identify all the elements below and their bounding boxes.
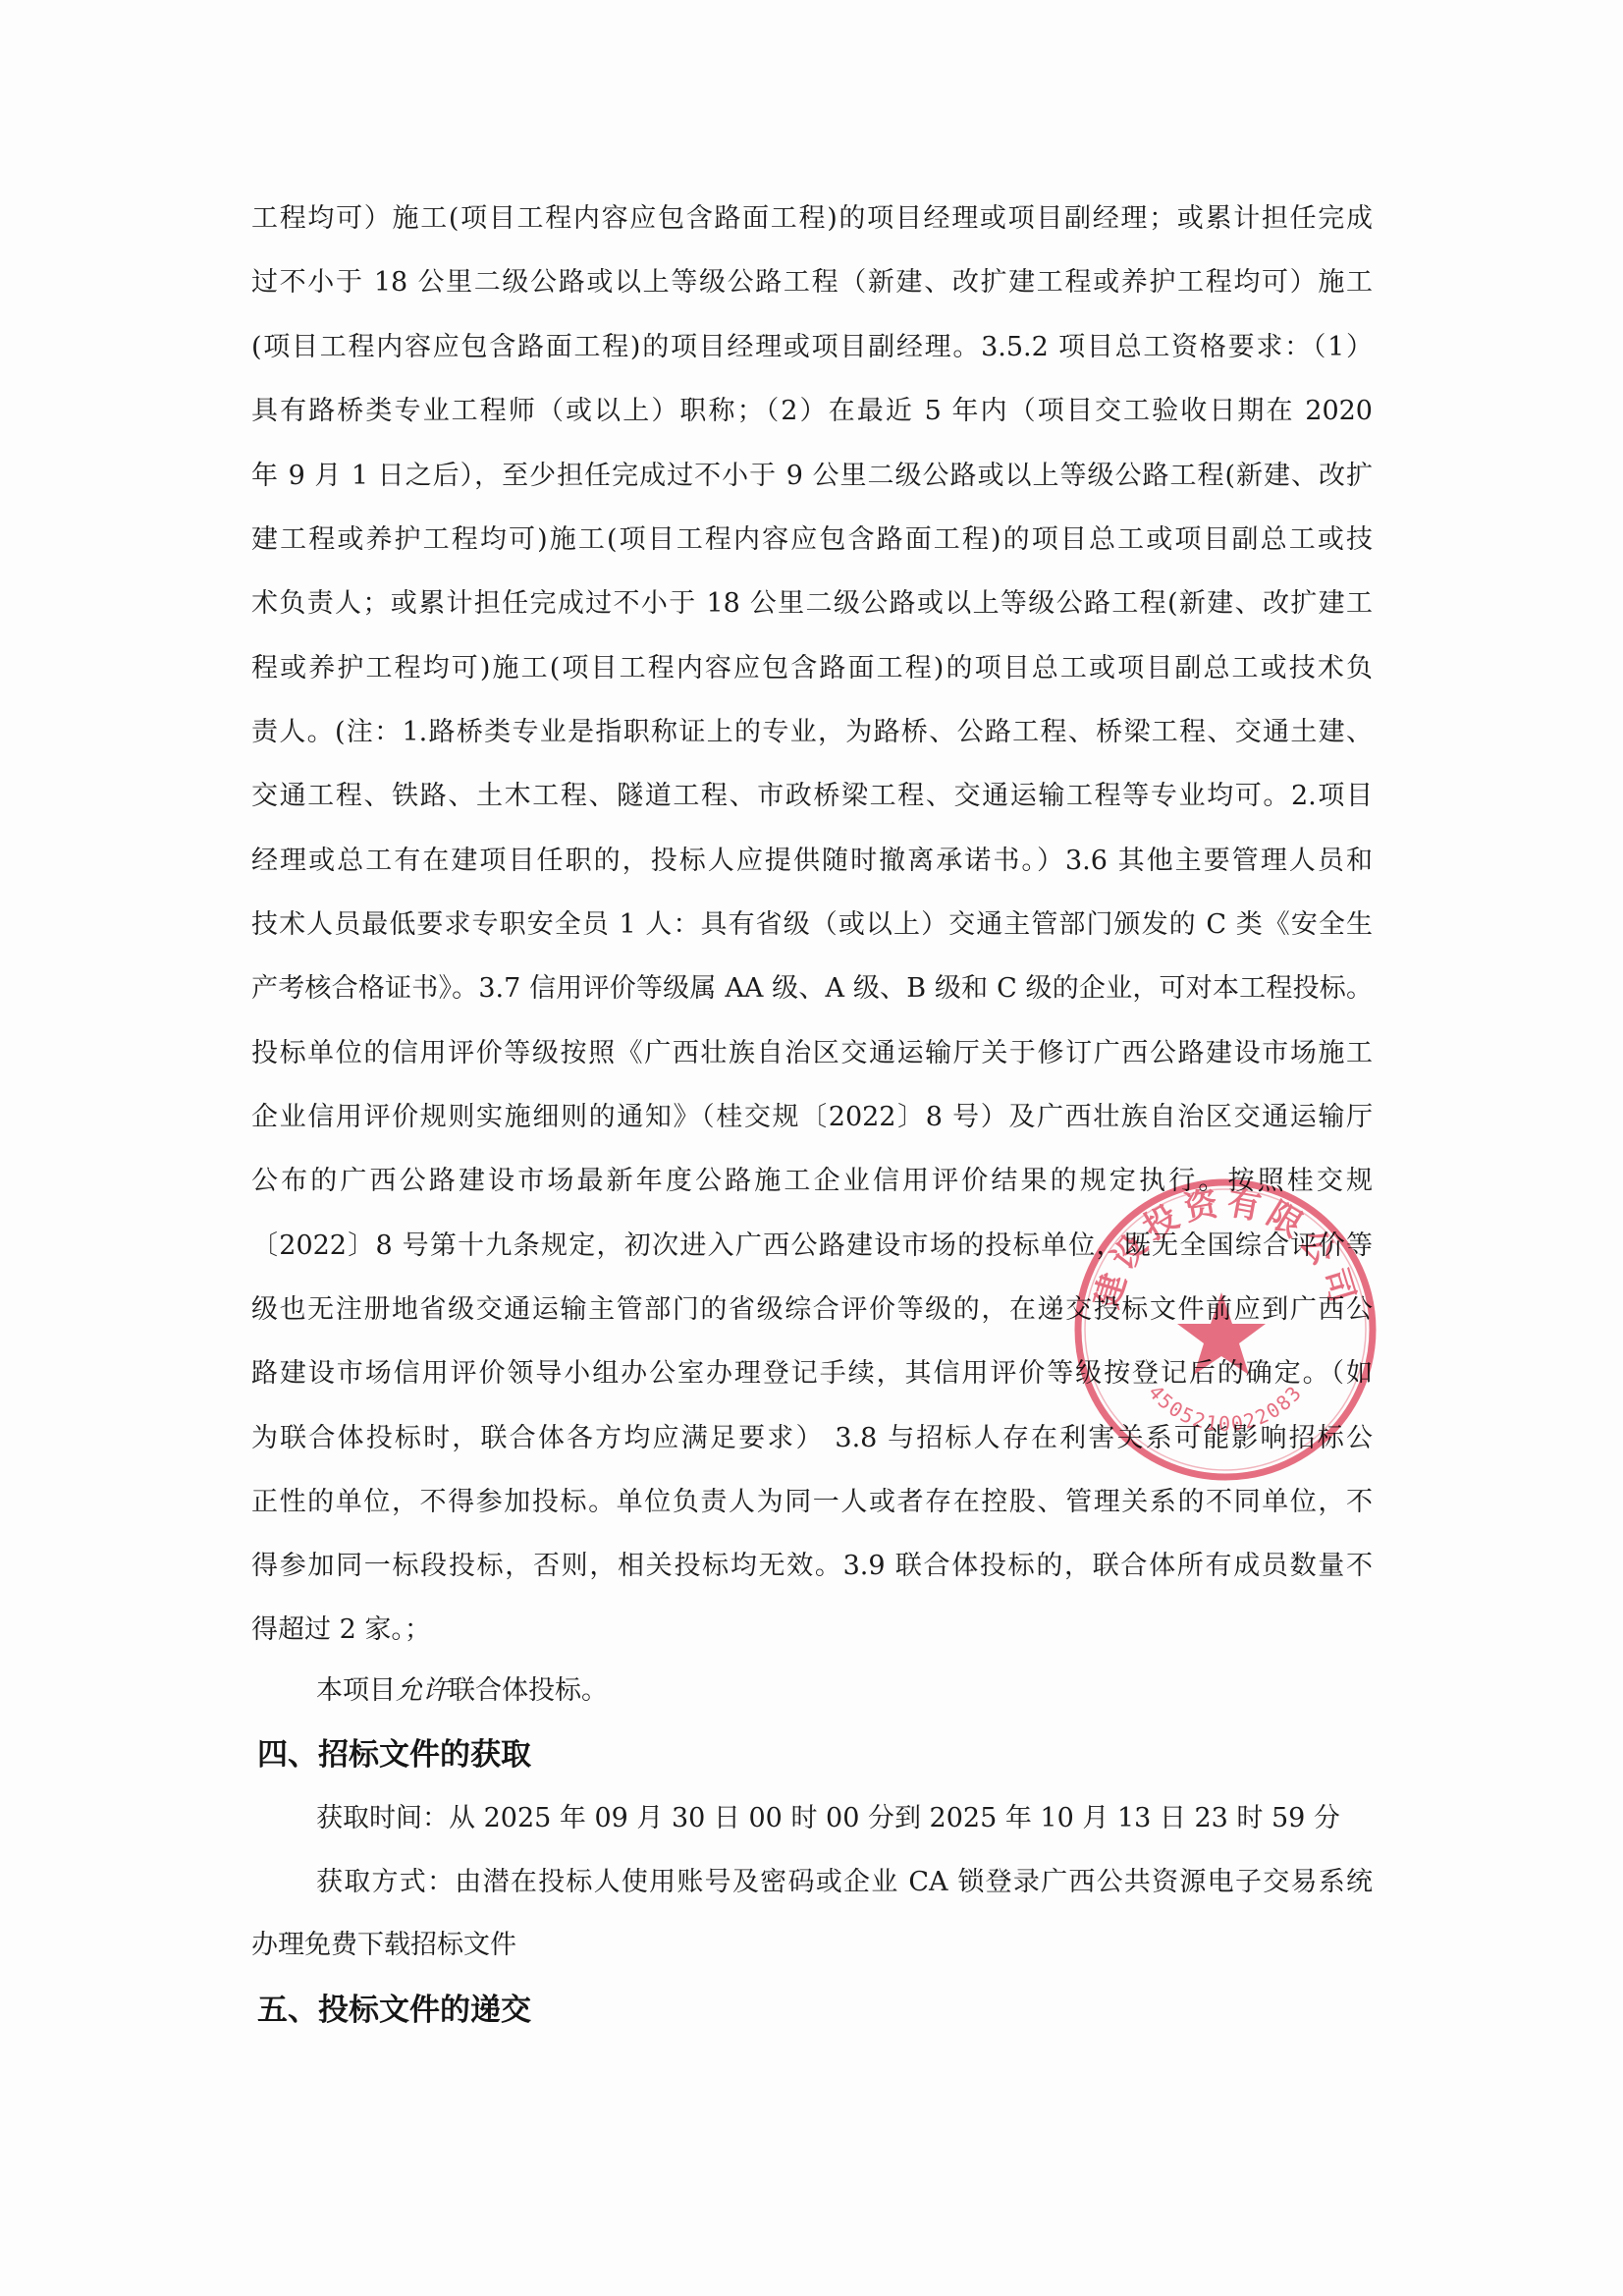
body-line: 建工程或养护工程均可)施工(项目工程内容应包含路面工程)的项目总工或项目副总工或… bbox=[251, 520, 1373, 560]
body-line: 企业信用评价规则实施细则的通知》（桂交规〔2022〕8 号）及广西壮族自治区交通… bbox=[251, 1098, 1373, 1137]
body-line: 得参加同一标段投标，否则，相关投标均无效。3.9 联合体投标的，联合体所有成员数… bbox=[251, 1547, 1373, 1586]
body-line: 术负责人；或累计担任完成过不小于 18 公里二级公路或以上等级公路工程(新建、改… bbox=[251, 584, 1373, 624]
body-line: 责人。(注：1.路桥类专业是指职称证上的专业，为路桥、公路工程、桥梁工程、交通土… bbox=[251, 713, 1373, 752]
acquire-method: 获取方式：由潜在投标人使用账号及密码或企业 CA 锁登录广西公共资源电子交易系统 bbox=[316, 1863, 1373, 1902]
body-line: 程或养护工程均可)施工(项目工程内容应包含路面工程)的项目总工或项目副总工或技术… bbox=[251, 649, 1373, 688]
body-line: 公布的广西公路建设市场最新年度公路施工企业信用评价结果的规定执行。按照桂交规 bbox=[251, 1162, 1373, 1201]
body-line: 〔2022〕8 号第十九条规定，初次进入广西公路建设市场的投标单位，既无全国综合… bbox=[251, 1227, 1373, 1266]
consortium-emphasis: 允许 bbox=[396, 1675, 449, 1706]
body-line: 正性的单位，不得参加投标。单位负责人为同一人或者存在控股、管理关系的不同单位，不 bbox=[251, 1483, 1373, 1522]
consortium-prefix: 本项目 bbox=[316, 1675, 396, 1706]
body-line: 投标单位的信用评价等级按照《广西壮族自治区交通运输厅关于修订广西公路建设市场施工 bbox=[251, 1034, 1373, 1073]
body-line: 级也无注册地省级交通运输主管部门的省级综合评价等级的，在递交投标文件前应到广西公 bbox=[251, 1290, 1373, 1330]
consortium-suffix: 联合体投标。 bbox=[449, 1675, 608, 1706]
section-5-heading: 五、投标文件的递交 bbox=[257, 1989, 531, 2032]
document-page: 工程均可）施工(项目工程内容应包含路面工程)的项目经理或项目副经理；或累计担任完… bbox=[0, 0, 1623, 2296]
acquire-time: 获取时间：从 2025 年 09 月 30 日 00 时 00 分到 2025 … bbox=[316, 1799, 1373, 1838]
body-line: 经理或总工有在建项目任职的，投标人应提供随时撤离承诺书。）3.6 其他主要管理人… bbox=[251, 842, 1373, 881]
body-line: 产考核合格证书》。3.7 信用评价等级属 AA 级、A 级、B 级和 C 级的企… bbox=[251, 969, 1373, 1009]
section-4-heading: 四、招标文件的获取 bbox=[257, 1733, 531, 1777]
body-line: 工程均可）施工(项目工程内容应包含路面工程)的项目经理或项目副经理；或累计担任完… bbox=[251, 199, 1373, 239]
body-line: 年 9 月 1 日之后），至少担任完成过不小于 9 公里二级公路或以上等级公路工… bbox=[251, 457, 1373, 496]
body-line: (项目工程内容应包含路面工程)的项目经理或项目副经理。3.5.2 项目总工资格要… bbox=[251, 328, 1373, 367]
consortium-note: 本项目允许联合体投标。 bbox=[316, 1671, 1373, 1711]
body-line: 具有路桥类专业工程师（或以上）职称；（2）在最近 5 年内（项目交工验收日期在 … bbox=[251, 392, 1373, 431]
acquire-method-cont: 办理免费下载招标文件 bbox=[251, 1926, 1373, 1965]
body-line: 得超过 2 家。； bbox=[251, 1611, 1373, 1650]
body-line: 技术人员最低要求专职安全员 1 人：具有省级（或以上）交通主管部门颁发的 C 类… bbox=[251, 905, 1373, 945]
body-line: 为联合体投标时，联合体各方均应满足要求） 3.8 与招标人存在利害关系可能影响招… bbox=[251, 1419, 1373, 1458]
body-line: 路建设市场信用评价领导小组办公室办理登记手续，其信用评价等级按登记后的确定。（如 bbox=[251, 1354, 1373, 1394]
body-line: 过不小于 18 公里二级公路或以上等级公路工程（新建、改扩建工程或养护工程均可）… bbox=[251, 263, 1373, 302]
body-line: 交通工程、铁路、土木工程、隧道工程、市政桥梁工程、交通运输工程等专业均可。2.项… bbox=[251, 777, 1373, 816]
